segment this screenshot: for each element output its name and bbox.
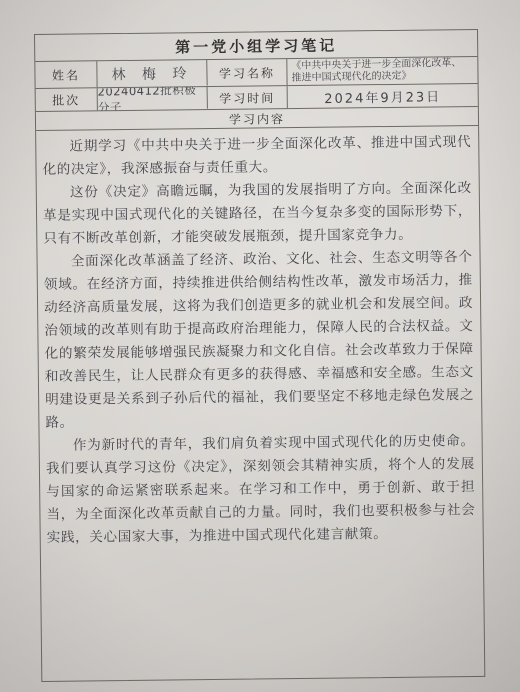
study-notes-form: 第一党小组学习笔记 姓名 林 梅 玲 学习名称 《中共中央关于进一步全面深化改革… [34, 29, 485, 682]
study-time-label: 学习时间 [208, 86, 288, 109]
content-paragraph-4: 作为新时代的青年，我们肩负着实现中国式现代化的历史使命。我们要认真学习这份《决定… [46, 430, 476, 550]
batch-value: 20240412批积极分子 [98, 87, 208, 111]
name-label: 姓名 [35, 61, 97, 88]
study-name-value: 《中共中央关于进一步全面深化改革、 推进中国式现代化的决定》 [287, 56, 477, 85]
content-paragraph-3: 全面深化改革涵盖了经济、政治、文化、社会、生态文明等各个领域。在经济方面，持续推… [43, 246, 474, 435]
batch-label: 批次 [36, 88, 98, 111]
content-paragraph-2: 这份《决定》高瞻远瞩，为我国的发展指明了方向。全面深化改革是实现中国式现代化的关… [43, 177, 473, 251]
study-content-area: 近期学习《中共中央关于进一步全面深化改革、推进中国式现代化的决定》，我深感振奋与… [36, 126, 484, 684]
content-paragraph-1: 近期学习《中共中央关于进一步全面深化改革、推进中国式现代化的决定》，我深感振奋与… [42, 131, 471, 182]
content-label: 学习内容 [229, 110, 285, 128]
form-title: 第一党小组学习笔记 [175, 34, 337, 57]
study-time-value: 2024年9月23日 [288, 83, 478, 108]
photographed-paper: 第一党小组学习笔记 姓名 林 梅 玲 学习名称 《中共中央关于进一步全面深化改革… [0, 0, 520, 692]
name-value: 林 梅 玲 [97, 60, 207, 88]
study-name-line2: 推进中国式现代化的决定》 [291, 71, 411, 85]
study-name-label: 学习名称 [207, 59, 287, 86]
